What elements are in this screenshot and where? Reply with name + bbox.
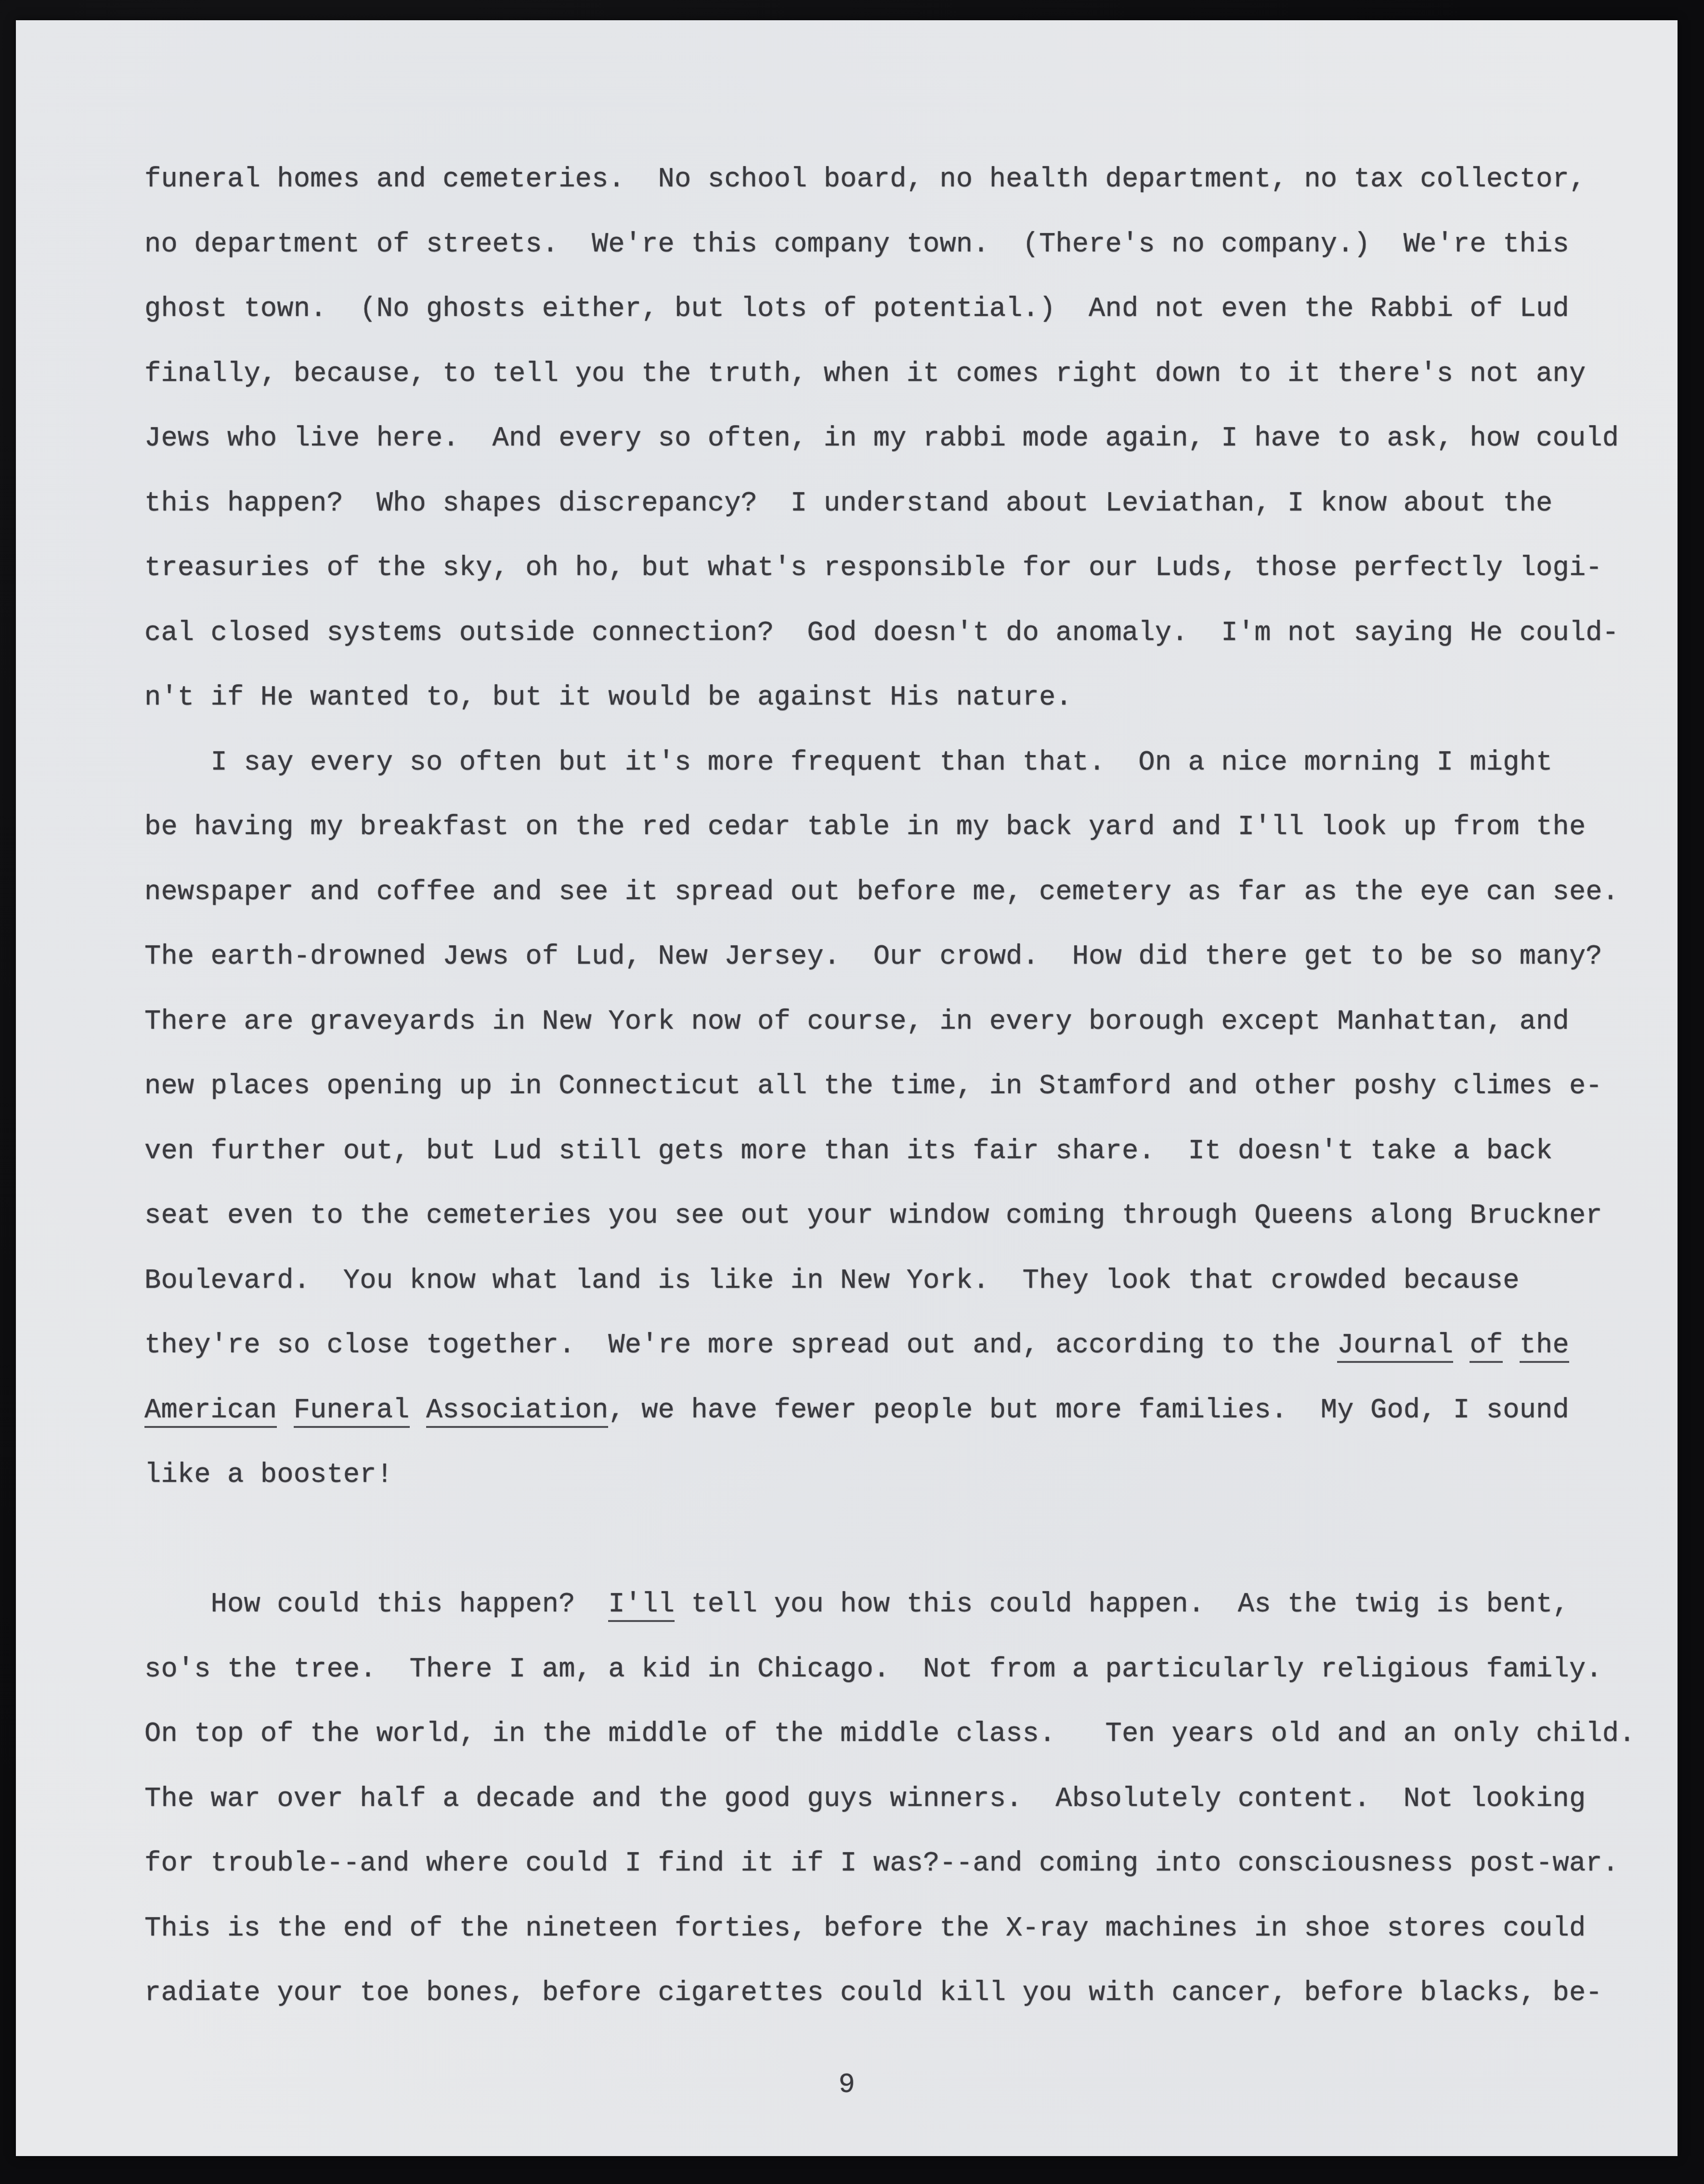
text-segment xyxy=(1453,1330,1470,1361)
manuscript-page: funeral homes and cemeteries. No school … xyxy=(16,20,1678,2156)
underlined-text: Association xyxy=(426,1395,608,1428)
text-line: On top of the world, in the middle of th… xyxy=(144,1702,1647,1767)
text-line: The earth-drowned Jews of Lud, New Jerse… xyxy=(144,925,1647,990)
text-line: ghost town. (No ghosts either, but lots … xyxy=(144,277,1647,342)
text-segment: seat even to the cemeteries you see out … xyxy=(144,1201,1602,1231)
text-line: ven further out, but Lud still gets more… xyxy=(144,1119,1647,1184)
text-line: I say every so often but it's more frequ… xyxy=(144,731,1647,796)
text-segment: On top of the world, in the middle of th… xyxy=(144,1719,1636,1750)
text-line: How could this happen? I'll tell you how… xyxy=(144,1572,1647,1637)
text-segment: this happen? Who shapes discrepancy? I u… xyxy=(144,488,1552,519)
text-segment: treasuries of the sky, oh ho, but what's… xyxy=(144,553,1602,584)
text-line: like a booster! xyxy=(144,1443,1647,1508)
text-line: seat even to the cemeteries you see out … xyxy=(144,1184,1647,1249)
text-line: This is the end of the nineteen forties,… xyxy=(144,1896,1647,1962)
text-segment: Jews who live here. And every so often, … xyxy=(144,423,1619,454)
text-line: this happen? Who shapes discrepancy? I u… xyxy=(144,471,1647,536)
text-segment xyxy=(410,1395,426,1426)
text-line: radiate your toe bones, before cigarette… xyxy=(144,1961,1647,2026)
underlined-text: Funeral xyxy=(294,1395,410,1428)
text-segment: ghost town. (No ghosts either, but lots … xyxy=(144,294,1569,325)
text-segment: finally, because, to tell you the truth,… xyxy=(144,359,1586,390)
text-segment xyxy=(277,1395,293,1426)
text-line: finally, because, to tell you the truth,… xyxy=(144,342,1647,407)
text-segment: newspaper and coffee and see it spread o… xyxy=(144,877,1619,908)
underlined-text: the xyxy=(1520,1330,1569,1363)
text-segment: new places opening up in Connecticut all… xyxy=(144,1071,1602,1102)
typescript-lines: funeral homes and cemeteries. No school … xyxy=(144,147,1647,2026)
text-line: for trouble--and where could I find it i… xyxy=(144,1831,1647,1896)
text-line: they're so close together. We're more sp… xyxy=(144,1313,1647,1378)
text-segment: for trouble--and where could I find it i… xyxy=(144,1848,1619,1879)
text-line: The war over half a decade and the good … xyxy=(144,1767,1647,1832)
text-line: no department of streets. We're this com… xyxy=(144,212,1647,277)
text-line: Boulevard. You know what land is like in… xyxy=(144,1249,1647,1314)
text-segment: This is the end of the nineteen forties,… xyxy=(144,1913,1586,1944)
underlined-text: of xyxy=(1470,1330,1503,1363)
text-segment: so's the tree. There I am, a kid in Chic… xyxy=(144,1654,1602,1685)
text-line: American Funeral Association, we have fe… xyxy=(144,1378,1647,1443)
underlined-text: Journal xyxy=(1337,1330,1453,1363)
text-segment: The earth-drowned Jews of Lud, New Jerse… xyxy=(144,942,1602,972)
text-line: new places opening up in Connecticut all… xyxy=(144,1054,1647,1119)
text-segment: cal closed systems outside connection? G… xyxy=(144,618,1619,649)
text-segment: , we have fewer people but more families… xyxy=(608,1395,1569,1426)
text-segment: be having my breakfast on the red cedar … xyxy=(144,812,1586,843)
text-segment: Boulevard. You know what land is like in… xyxy=(144,1266,1520,1296)
text-line: treasuries of the sky, oh ho, but what's… xyxy=(144,536,1647,601)
underlined-text: American xyxy=(144,1395,277,1428)
text-segment: I say every so often but it's more frequ… xyxy=(144,747,1552,778)
page-number: 9 xyxy=(16,2053,1678,2118)
text-segment xyxy=(1503,1330,1519,1361)
text-line: cal closed systems outside connection? G… xyxy=(144,601,1647,666)
text-segment: How could this happen? xyxy=(144,1589,608,1620)
text-line: n't if He wanted to, but it would be aga… xyxy=(144,666,1647,731)
text-segment: they're so close together. We're more sp… xyxy=(144,1330,1337,1361)
text-segment: radiate your toe bones, before cigarette… xyxy=(144,1978,1602,2009)
underlined-text: I'll xyxy=(608,1589,675,1622)
text-line: funeral homes and cemeteries. No school … xyxy=(144,147,1647,212)
text-line: so's the tree. There I am, a kid in Chic… xyxy=(144,1637,1647,1702)
text-line: There are graveyards in New York now of … xyxy=(144,990,1647,1055)
text-segment: no department of streets. We're this com… xyxy=(144,229,1569,260)
text-segment: like a booster! xyxy=(144,1460,393,1491)
text-segment: n't if He wanted to, but it would be aga… xyxy=(144,682,1072,713)
text-segment: The war over half a decade and the good … xyxy=(144,1784,1586,1815)
text-segment: funeral homes and cemeteries. No school … xyxy=(144,164,1586,195)
text-segment: tell you how this could happen. As the t… xyxy=(675,1589,1569,1620)
text-line: Jews who live here. And every so often, … xyxy=(144,406,1647,471)
text-segment: ven further out, but Lud still gets more… xyxy=(144,1136,1552,1167)
text-line: newspaper and coffee and see it spread o… xyxy=(144,860,1647,925)
text-line: be having my breakfast on the red cedar … xyxy=(144,795,1647,860)
text-segment: There are graveyards in New York now of … xyxy=(144,1007,1569,1037)
